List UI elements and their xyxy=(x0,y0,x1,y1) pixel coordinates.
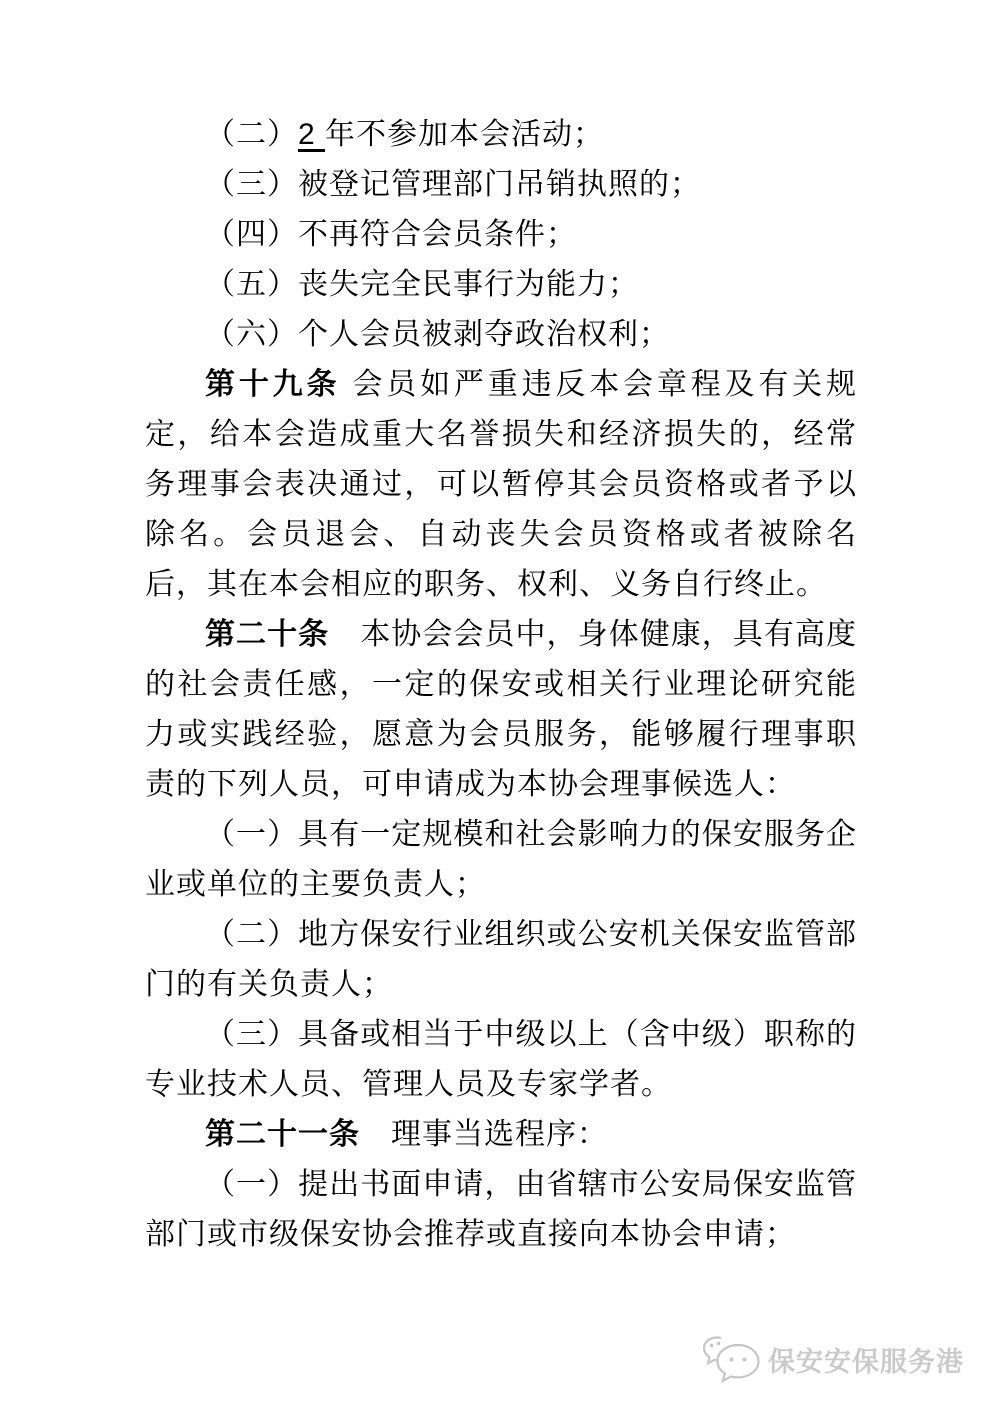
text-segment: （六）个人会员被剥夺政治权利； xyxy=(205,318,670,351)
article-heading: 第十九条 xyxy=(205,368,340,401)
list-item-21-1: （一）提出书面申请，由省辖市公安局保安监管部门或市级保安协会推荐或直接向本协会申… xyxy=(145,1160,857,1260)
list-item-2: （二）2 年不参加本会活动； xyxy=(145,110,857,160)
article-heading: 第二十一条 xyxy=(205,1118,360,1151)
underlined-number: 2 xyxy=(298,118,325,151)
text-segment: 年不参加本会活动； xyxy=(325,118,604,151)
text-segment: 理事当选程序： xyxy=(360,1118,608,1151)
article-21: 第二十一条 理事当选程序： xyxy=(145,1110,857,1160)
watermark-label: 保安安保服务港 xyxy=(768,1340,964,1379)
watermark: 保安安保服务港 xyxy=(700,1331,964,1387)
wechat-icon xyxy=(700,1331,762,1387)
list-item-4: （四）不再符合会员条件； xyxy=(145,210,857,260)
list-item-6: （六）个人会员被剥夺政治权利； xyxy=(145,310,857,360)
article-heading: 第二十条 xyxy=(205,618,329,651)
text-segment: （三）被登记管理部门吊销执照的； xyxy=(205,168,701,201)
article-19: 第十九条 会员如严重违反本会章程及有关规定，给本会造成重大名誉损失和经济损失的，… xyxy=(145,360,857,610)
text-segment: 会员如严重违反本会章程及有关规定，给本会造成重大名誉损失和经济损失的，经常务理事… xyxy=(145,368,857,601)
list-item-20-3: （三）具备或相当于中级以上（含中级）职称的专业技术人员、管理人员及专家学者。 xyxy=(145,1010,857,1110)
list-item-20-2: （二）地方保安行业组织或公安机关保安监管部门的有关负责人； xyxy=(145,910,857,1010)
text-segment: （一）提出书面申请，由省辖市公安局保安监管部门或市级保安协会推荐或直接向本协会申… xyxy=(145,1168,857,1251)
document-page: （二）2 年不参加本会活动；（三）被登记管理部门吊销执照的；（四）不再符合会员条… xyxy=(0,0,992,1403)
document-body: （二）2 年不参加本会活动；（三）被登记管理部门吊销执照的；（四）不再符合会员条… xyxy=(145,110,857,1260)
text-segment: （二）地方保安行业组织或公安机关保安监管部门的有关负责人； xyxy=(145,918,857,1001)
list-item-3: （三）被登记管理部门吊销执照的； xyxy=(145,160,857,210)
text-segment: （二） xyxy=(205,118,298,151)
list-item-5: （五）丧失完全民事行为能力； xyxy=(145,260,857,310)
list-item-20-1: （一）具有一定规模和社会影响力的保安服务企业或单位的主要负责人； xyxy=(145,810,857,910)
text-segment: （五）丧失完全民事行为能力； xyxy=(205,268,639,301)
text-segment: （三）具备或相当于中级以上（含中级）职称的专业技术人员、管理人员及专家学者。 xyxy=(145,1018,857,1101)
article-20: 第二十条 本协会会员中，身体健康，具有高度的社会责任感，一定的保安或相关行业理论… xyxy=(145,610,857,810)
text-segment: （一）具有一定规模和社会影响力的保安服务企业或单位的主要负责人； xyxy=(145,818,857,901)
text-segment: （四）不再符合会员条件； xyxy=(205,218,577,251)
